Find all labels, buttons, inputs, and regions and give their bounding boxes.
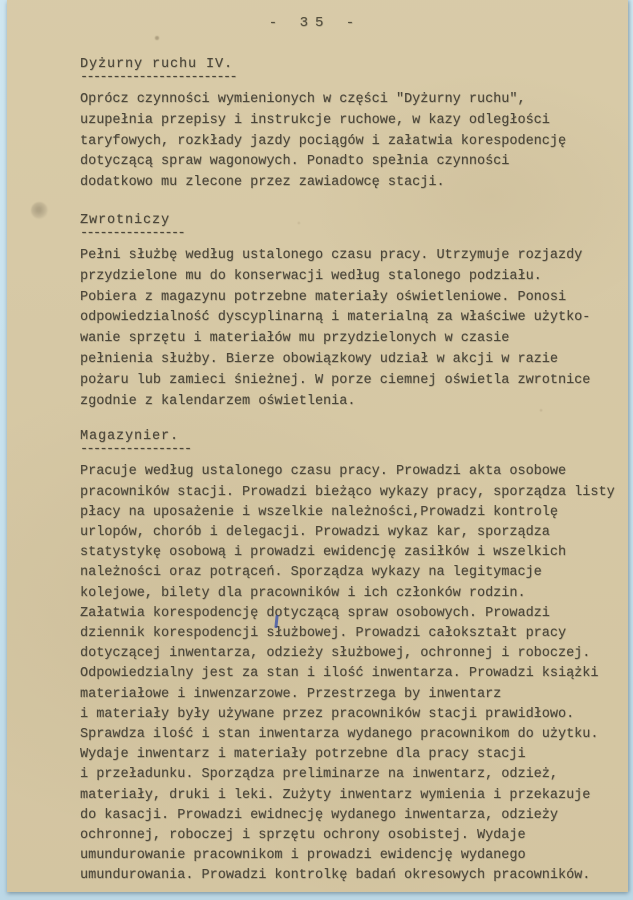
heading-underline: ----------------- bbox=[80, 446, 628, 456]
document-page: - 35 - Dyżurny ruchu IV. ---------------… bbox=[7, 0, 628, 892]
heading-underline: ---------------- bbox=[80, 230, 628, 240]
paragraph: Oprócz czynności wymienionych w części "… bbox=[80, 90, 628, 194]
paper-speck bbox=[155, 36, 159, 40]
paragraph: Pracuje według ustalonego czasu pracy. P… bbox=[80, 462, 628, 886]
paragraph: Pełni służbę według ustalonego czasu pra… bbox=[80, 246, 628, 412]
paper-speck bbox=[337, 157, 340, 160]
scanned-document: - 35 - Dyżurny ruchu IV. ---------------… bbox=[0, 0, 633, 900]
margin-smudge-mark bbox=[31, 202, 48, 219]
heading-underline: ------------------------ bbox=[80, 74, 628, 84]
section-heading: Zwrotniczy bbox=[80, 212, 628, 230]
section-heading: Dyżurny ruchu IV. bbox=[80, 56, 628, 74]
section-zwrotniczy: Zwrotniczy ---------------- Pełni służbę… bbox=[80, 212, 628, 412]
page-number: - 35 - bbox=[80, 0, 550, 32]
section-heading: Magazynier. bbox=[80, 428, 628, 446]
section-magazynier: Magazynier. ----------------- Pracuje we… bbox=[80, 428, 628, 886]
section-dyzurny-ruchu: Dyżurny ruchu IV. ----------------------… bbox=[80, 56, 628, 194]
